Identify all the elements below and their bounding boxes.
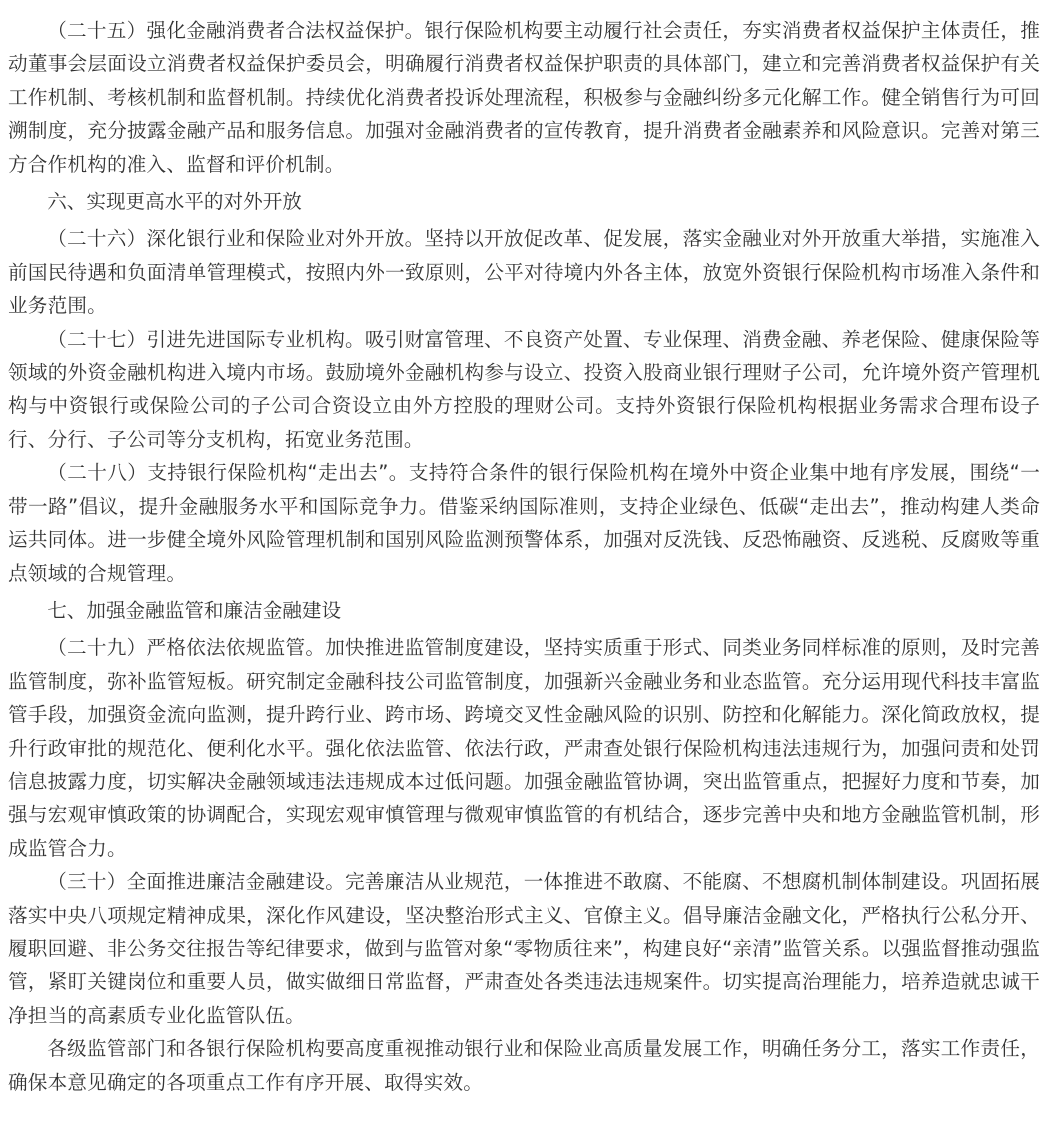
document-body: （二十五）强化金融消费者合法权益保护。银行保险机构要主动履行社会责任，夯实消费者… xyxy=(0,0,1040,1099)
paragraph-30-integrity: （三十）全面推进廉洁金融建设。完善廉洁从业规范，一体推进不敢腐、不能腐、不想腐机… xyxy=(8,865,1040,1032)
paragraph-closing: 各级监管部门和各银行保险机构要高度重视推动银行业和保险业高质量发展工作，明确任务… xyxy=(8,1032,1040,1099)
paragraph-29-regulation: （二十九）严格依法依规监管。加快推进监管制度建设，坚持实质重于形式、同类业务同样… xyxy=(8,631,1040,865)
paragraph-27-foreign-institutions: （二十七）引进先进国际专业机构。吸引财富管理、不良资产处置、专业保理、消费金融、… xyxy=(8,323,1040,457)
paragraph-28-going-global: （二十八）支持银行保险机构“走出去”。支持符合条件的银行保险机构在境外中资企业集… xyxy=(8,456,1040,590)
paragraph-25-consumer-protection: （二十五）强化金融消费者合法权益保护。银行保险机构要主动履行社会责任，夯实消费者… xyxy=(8,0,1040,181)
paragraph-26-opening-up: （二十六）深化银行业和保险业对外开放。坚持以开放促改革、促发展，落实金融业对外开… xyxy=(8,222,1040,322)
section-heading-6: 六、实现更高水平的对外开放 xyxy=(8,181,1040,222)
section-heading-7: 七、加强金融监管和廉洁金融建设 xyxy=(8,590,1040,631)
